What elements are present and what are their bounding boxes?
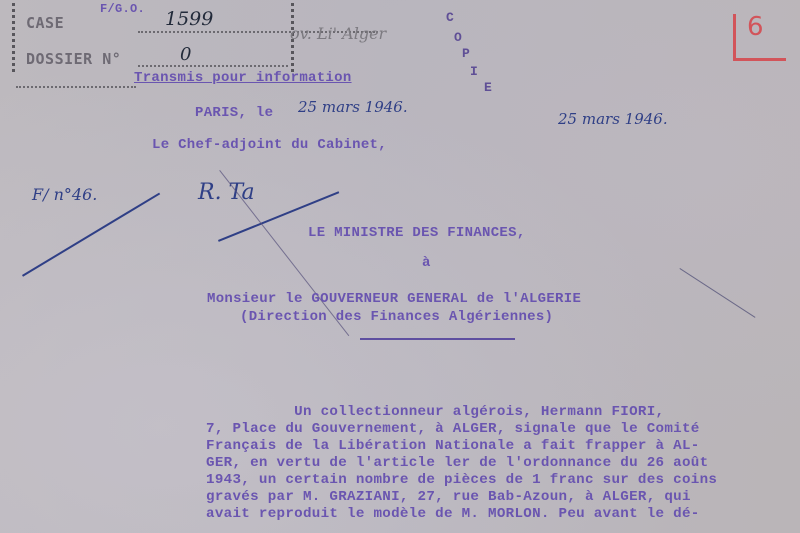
stamp-bottom-line [16,86,136,88]
copie-mark: C O P I E [440,6,500,96]
recipient-line-1: Monsieur le GOUVERNEUR GENERAL de l'ALGE… [207,291,581,307]
copie-letter: O [454,30,462,45]
body-line: 1943, un certain nombre de pièces de 1 f… [206,472,717,488]
separator-rule [360,338,515,340]
body-line: Un collectionneur algérois, Hermann FIOR… [206,404,664,420]
copie-letter: P [462,46,470,61]
case-prefix: F/G.O. [100,2,145,16]
copie-letter: E [484,80,492,95]
signature: R. Ta [198,180,255,205]
transmis-line: Transmis pour information [134,70,352,86]
recipient-line-2: (Direction des Finances Algériennes) [240,309,553,325]
margin-stroke [22,193,160,277]
body-line: gravés par M. GRAZIANI, 27, rue Bab-Azou… [206,489,691,505]
body-line: Français de la Libération Nationale a fa… [206,438,700,454]
case-value: 1599 [165,8,213,30]
place-date-typed: PARIS, le [195,105,273,121]
case-label: CASE [26,14,64,32]
handwritten-date-right: 25 mars 1946. [558,110,668,128]
dossier-underline [138,65,288,67]
copie-letter: I [470,64,478,79]
pencil-note: ov. Li' Alger [290,24,386,43]
body-line: avait reproduit le modèle de M. MORLON. … [206,506,700,522]
dossier-label: DOSSIER N° [26,50,121,68]
a-label: à [422,255,431,271]
page-number: 6 [747,12,764,42]
body-line: GER, en vertu de l'article ler de l'ordo… [206,455,708,471]
right-margin-stroke [679,268,755,318]
chef-adjoint-line: Le Chef-adjoint du Cabinet, [152,137,387,153]
dossier-value: 0 [180,44,191,65]
body-line: 7, Place du Gouvernement, à ALGER, signa… [206,421,700,437]
place-date-handwritten: 25 mars 1946. [298,98,408,116]
sender-line: LE MINISTRE DES FINANCES, [308,225,526,241]
margin-note: F/ n°46. [32,185,97,204]
copie-letter: C [446,10,454,25]
